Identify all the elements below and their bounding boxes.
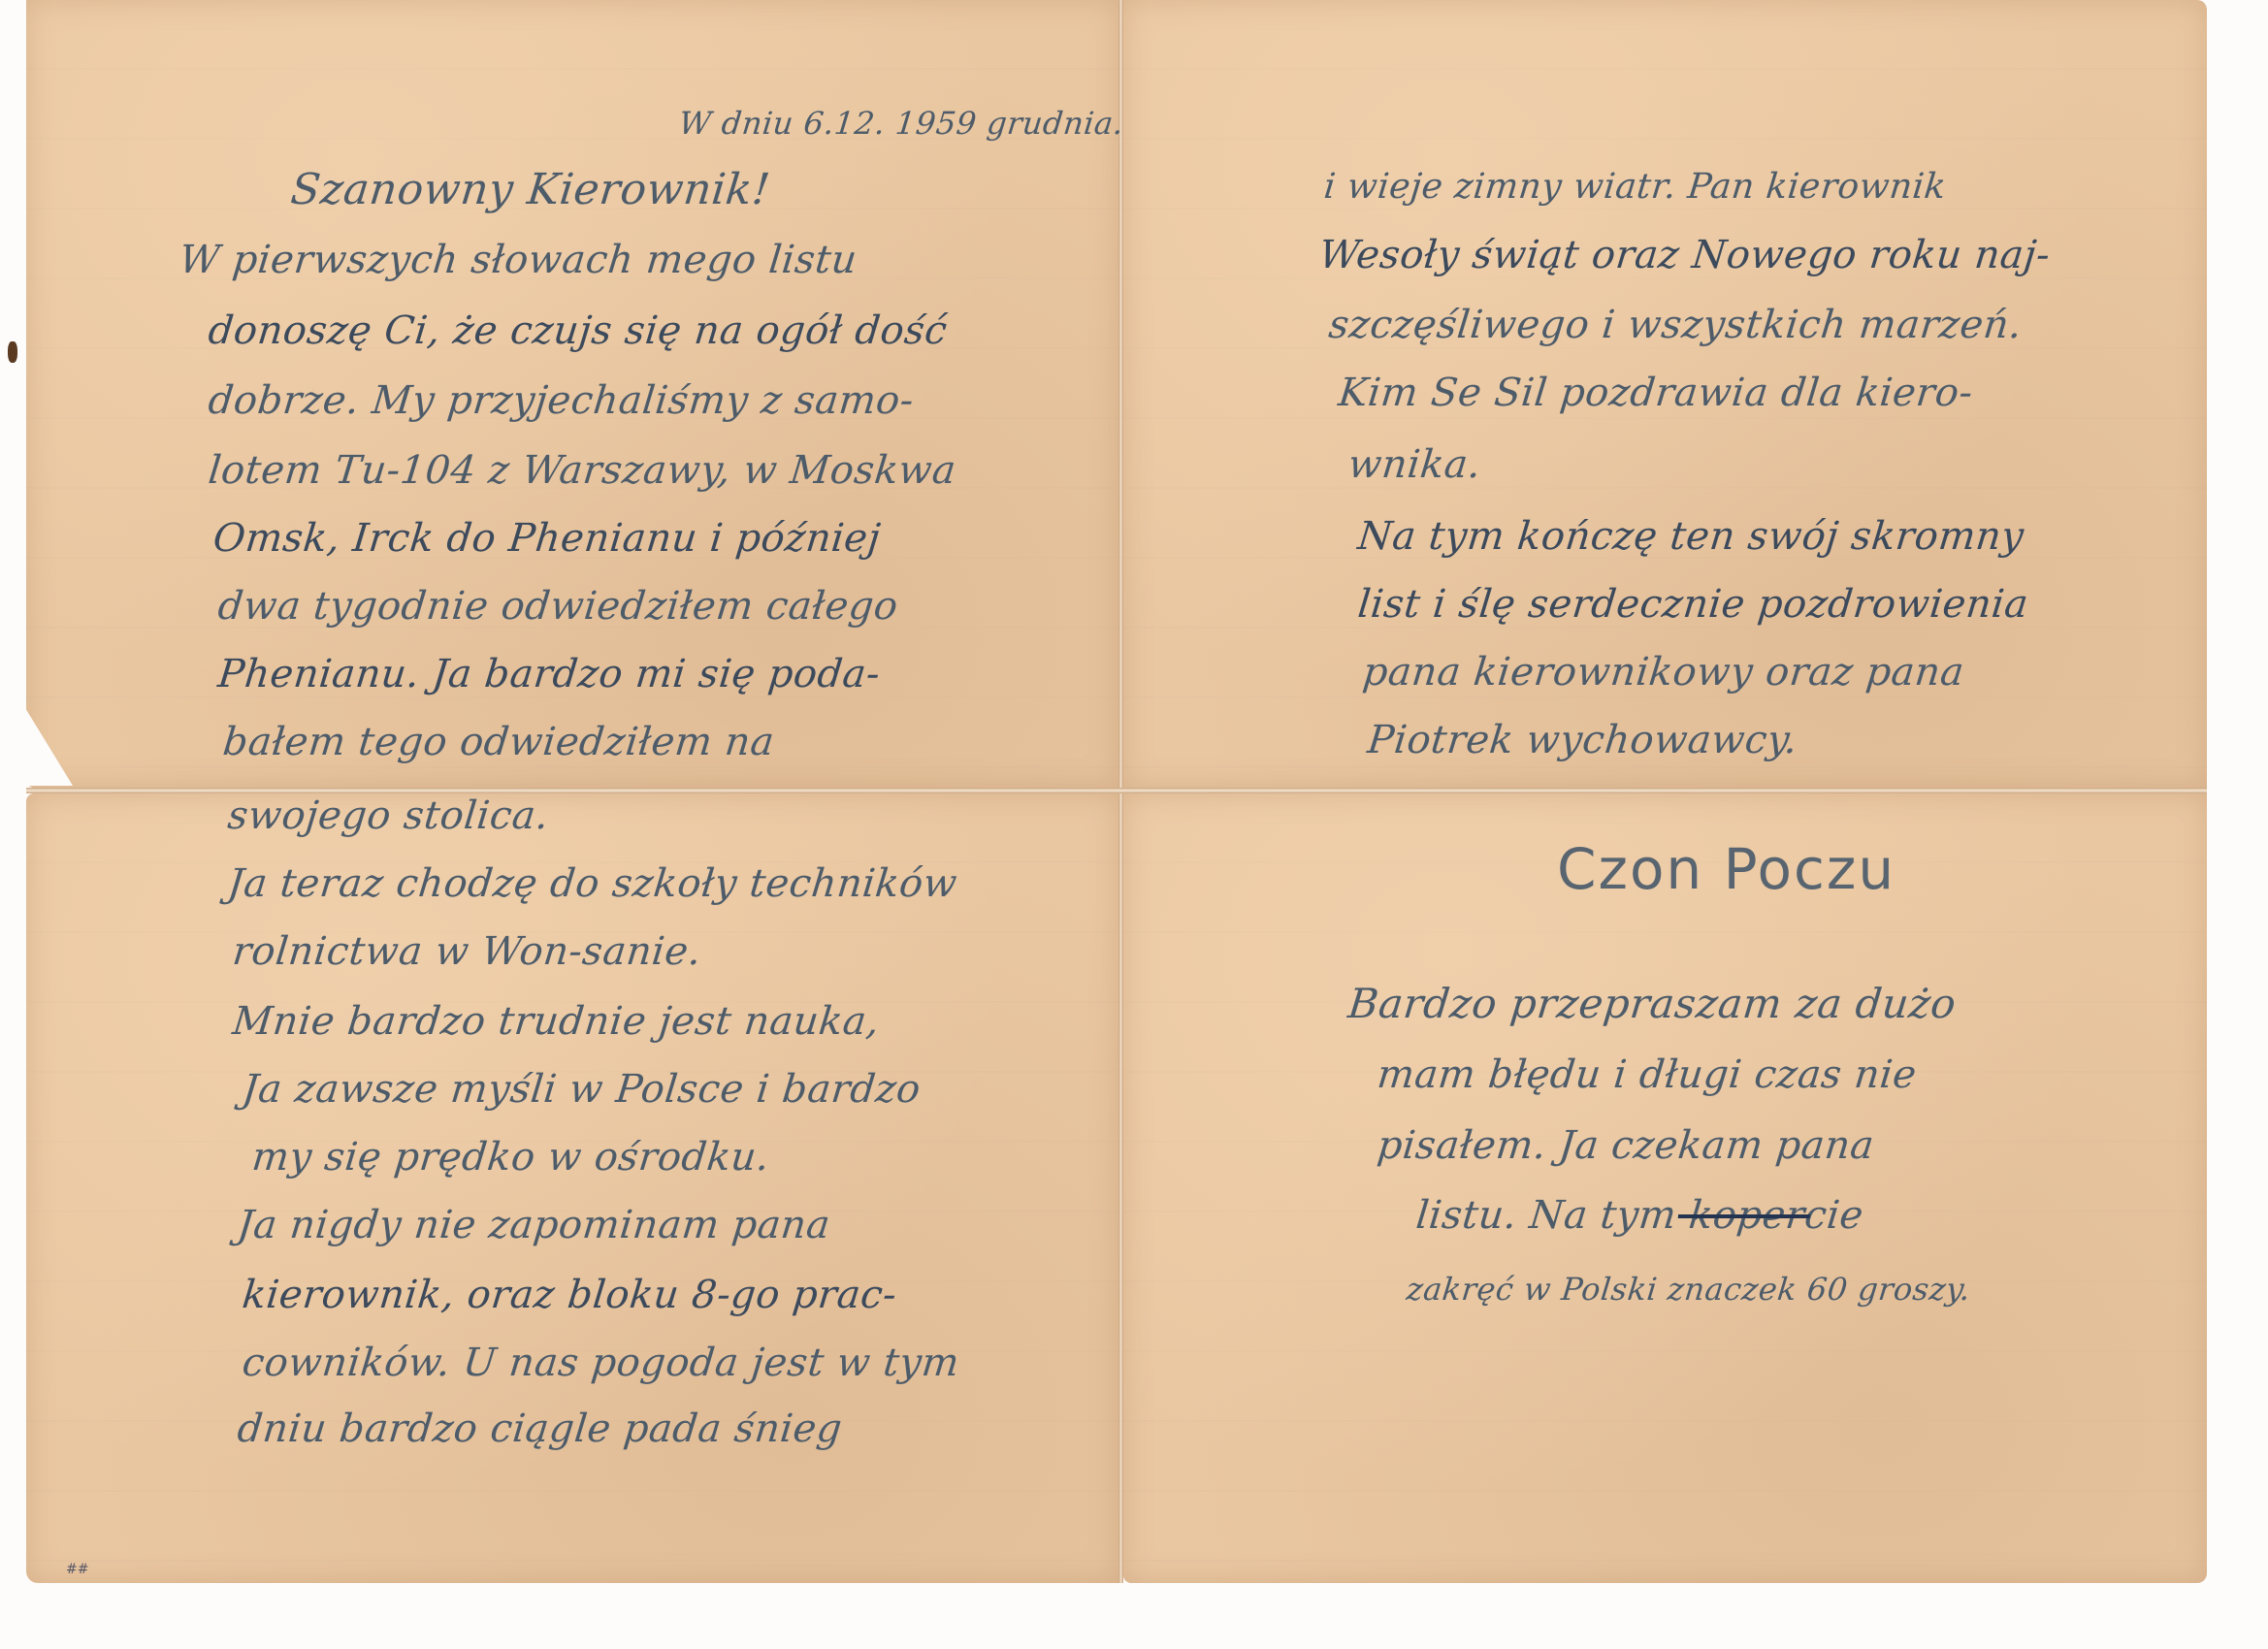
right-page-bottom-panel [1123,793,2207,1583]
letter-line: swojego stolica. [226,793,551,838]
letter-line: Ja nigdy nie zapominam pana [236,1203,833,1247]
letter-line: dniu bardzo ciągle pada śnieg [236,1406,845,1451]
letter-line: W pierwszych słowach mego listu [178,238,859,282]
greeting: Szanowny Kierownik! [288,165,772,214]
letter-line: Na tym kończę ten swój skromny [1356,514,2026,559]
letter-line: Mnie bardzo trudnie jest nauka, [231,999,882,1044]
postscript-line: zakręć w Polski znaczek 60 groszy. [1405,1271,1972,1308]
letter-line: dobrze. My przyjechaliśmy z samo- [207,378,917,423]
letter-line: Phenianu. Ja bardzo mi się poda- [216,652,883,696]
postscript-line: pisałem. Ja czekam pana [1376,1123,1877,1168]
letter-line: Piotrek wychowawcy. [1366,718,1800,762]
postscript-line: Bardzo przepraszam za dużo [1345,980,1959,1027]
letter-line: Ja teraz chodzę do szkoły techników [226,861,959,906]
letter-line: Wesoły świąt oraz Nowego roku naj- [1317,233,2053,277]
letter-line: cowników. U nas pogoda jest w tym [241,1341,962,1385]
letter-line: bałem tego odwiedziłem na [221,720,777,764]
letter-line: pana kierownikowy oraz pana [1361,650,1967,695]
letter-line: dwa tygodnie odwiedziłem całego [216,584,900,629]
letter-line: list i ślę serdecznie pozdrowienia [1356,582,2031,627]
letter-line: Ja zawsze myśli w Polsce i bardzo [241,1067,923,1112]
letter-line: kierownik, oraz bloku 8-go prac- [241,1273,899,1317]
letter-line: szczęśliwego i wszystkich marzeń. [1327,303,2025,347]
postscript-line: mam błędu i długi czas nie [1376,1052,1919,1097]
letter-line: rolnictwa w Won-sanie. [231,929,704,974]
corner-mark: ## [66,1562,88,1577]
postscript-line: listu. Na tym kopercie kopert [1414,1193,1866,1238]
ink-stain [8,341,17,363]
letter-line: my się prędko w ośrodku. [250,1135,772,1180]
letter-line: lotem Tu-104 z Warszawy, w Moskwa [207,448,958,493]
torn-edge [19,698,73,786]
letter-line: i wieje zimny wiatr. Pan kierownik [1322,167,1948,207]
letter-line: donoszę Ci, że czujs się na ogół dość [207,308,950,353]
letter-line: Omsk, Irck do Phenianu i później [211,516,883,561]
letter-line: wnika. [1346,442,1483,487]
letter-line: Kim Se Sil pozdrawia dla kiero- [1337,371,1975,415]
signature: Czon Poczu [1557,836,1895,902]
date-line: W dniu 6.12. 1959 grudnia. [677,105,1125,142]
struck-word: kopert [1676,1193,1813,1238]
left-page-bottom-panel [26,793,1118,1583]
